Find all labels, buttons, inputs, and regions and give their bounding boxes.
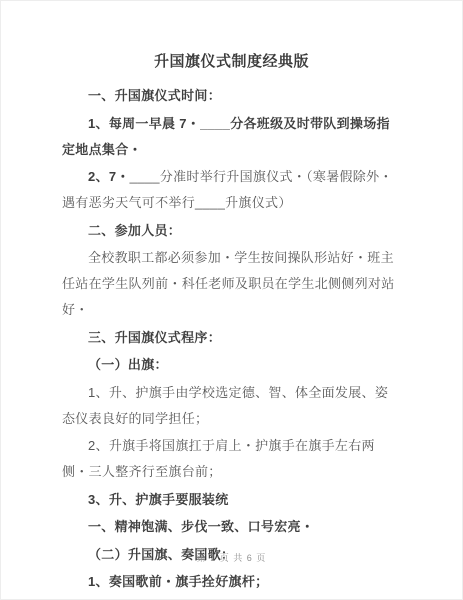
text-run: 2、升旗手将国旗扛于肩上・护旗手在旗手左右两侧・三人整齐行至旗台前； [62, 438, 375, 479]
heading-paragraph: 一、升国旗仪式时间： [62, 83, 401, 109]
text-run: 一、升国旗仪式时间： [88, 88, 221, 103]
body-paragraph: 3、升、护旗手要服装统 [62, 487, 401, 513]
text-run: 三、升国旗仪式程序： [88, 330, 221, 345]
heading-paragraph: 三、升国旗仪式程序： [62, 325, 401, 351]
text-run: 全校教职工都必须参加・学生按间操队形站好・班主任站在学生队列前・科任老师及职员在… [62, 250, 395, 317]
text-run: 1、每周一早晨 7・____分各班级及时带队到操场指定地点集合・ [62, 116, 390, 157]
body-paragraph: 1、升、护旗手由学校选定德、智、体全面发展、姿态仪表良好的同学担任； [62, 380, 401, 432]
body-paragraph: 2、7・____分准时举行升国旗仪式・（寒暑假除外・遇有恶劣天气可不举行____… [62, 164, 401, 216]
body-paragraph: 1、奏国歌前・旗手拴好旗杆； [62, 569, 401, 595]
text-run: 2、7・ [88, 169, 130, 184]
text-run: 3、升、护旗手要服装统 [88, 492, 229, 507]
page-number-footer: 第 1 页 共 6 页 [1, 552, 462, 564]
body-paragraph: 1、每周一早晨 7・____分各班级及时带队到操场指定地点集合・ [62, 111, 401, 163]
document-page: 升国旗仪式制度经典版 一、升国旗仪式时间：1、每周一早晨 7・____分各班级及… [0, 0, 463, 600]
body-paragraph: 一、精神饱满、步伐一致、口号宏亮・ [62, 514, 401, 540]
text-run: 一、精神饱满、步伐一致、口号宏亮・ [88, 519, 314, 534]
text-run: 二、参加人员： [88, 223, 181, 238]
body-paragraph: 全校教职工都必须参加・学生按间操队形站好・班主任站在学生队列前・科任老师及职员在… [62, 245, 401, 323]
body-paragraph: 2、升旗手将国旗扛于肩上・护旗手在旗手左右两侧・三人整齐行至旗台前； [62, 433, 401, 485]
text-run: 1、升、护旗手由学校选定德、智、体全面发展、姿态仪表良好的同学担任； [62, 385, 388, 426]
document-body: 一、升国旗仪式时间：1、每周一早晨 7・____分各班级及时带队到操场指定地点集… [62, 83, 401, 595]
document-title: 升国旗仪式制度经典版 [62, 51, 401, 73]
heading-paragraph: （一）出旗： [62, 352, 401, 378]
text-run: （一）出旗： [88, 357, 168, 372]
heading-paragraph: 二、参加人员： [62, 218, 401, 244]
text-run: 1、奏国歌前・旗手拴好旗杆； [88, 574, 268, 589]
